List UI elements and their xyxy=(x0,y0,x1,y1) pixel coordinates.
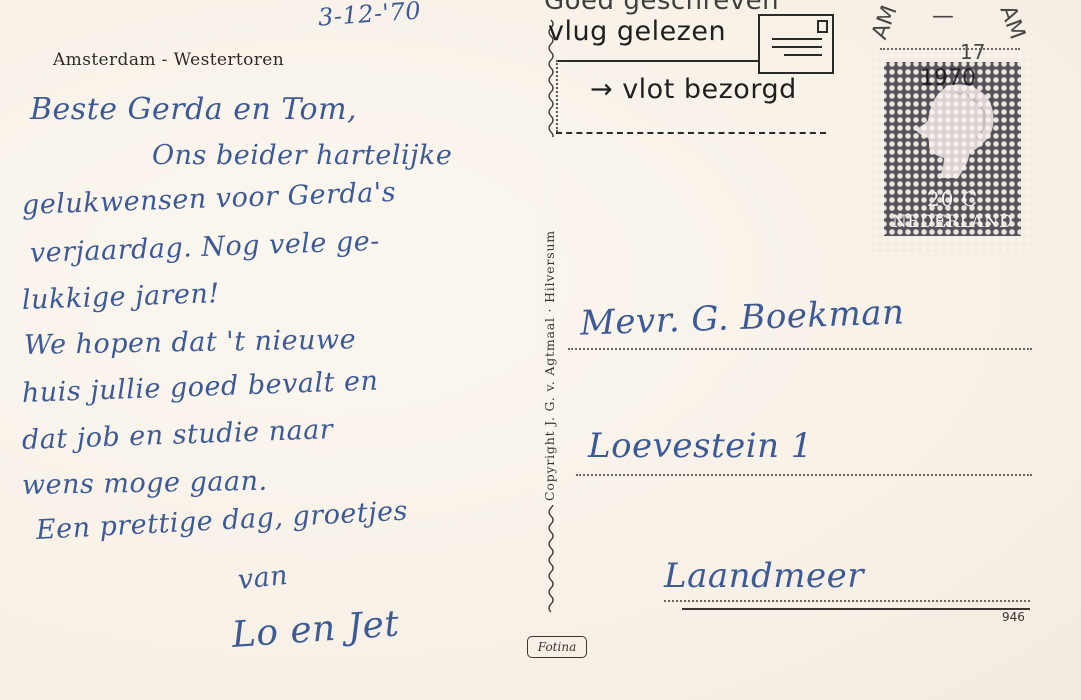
message-line: huis jullie goed bevalt en xyxy=(21,366,378,409)
stamp-face: 20 C NEDERLAND xyxy=(884,62,1021,236)
address-line-1-rule xyxy=(568,348,1032,350)
address-city: Laandmeer xyxy=(664,556,864,596)
slogan-postmark: Goed geschreven vlug gelezen → vlot bezo… xyxy=(544,0,844,140)
message-line: Ons beider hartelijke xyxy=(152,140,452,171)
address-underline xyxy=(682,608,1030,610)
message-line: verjaardag. Nog vele ge- xyxy=(29,226,380,269)
queen-portrait-icon xyxy=(910,80,1000,180)
message-line: Een prettige dag, groetjes xyxy=(35,496,408,546)
cancel-dash: — xyxy=(932,4,954,29)
postcard-caption: Amsterdam - Westertoren xyxy=(53,50,284,70)
message-line: dat job en studie naar xyxy=(21,414,333,456)
slogan-rule xyxy=(558,60,760,62)
message-closing: van xyxy=(236,560,289,596)
handwritten-date: 3-12-'70 xyxy=(317,0,422,32)
message-signature: Lo en Jet xyxy=(231,603,401,656)
postage-stamp: 20 C NEDERLAND xyxy=(872,52,1030,252)
message-line: gelukwensen voor Gerda's xyxy=(21,177,396,221)
message-greeting: Beste Gerda en Tom, xyxy=(30,92,357,127)
envelope-icon xyxy=(758,14,834,74)
stamp-country: NEDERLAND xyxy=(884,212,1021,232)
message-line: lukkige jaren! xyxy=(21,278,220,316)
message-line: wens moge gaan. xyxy=(22,466,268,501)
address-street: Loevestein 1 xyxy=(588,426,813,466)
address-line-2-rule xyxy=(576,474,1032,476)
cancel-city-left: AM xyxy=(867,2,902,43)
message-line: We hopen dat 't nieuwe xyxy=(24,324,357,361)
card-number: 946 xyxy=(1002,610,1025,624)
slogan-bracket xyxy=(556,60,568,132)
postcard-back: 3-12-'70 Amsterdam - Westertoren Beste G… xyxy=(0,0,1081,700)
slogan-line-1: vlug gelezen xyxy=(548,16,726,47)
slogan-top-text: Goed geschreven xyxy=(544,0,779,16)
cancel-city-right: AM xyxy=(994,2,1029,43)
publisher-brand-logo: Fotina xyxy=(527,636,587,658)
cancel-dotted-rule xyxy=(880,48,1020,50)
address-line-3-rule xyxy=(664,600,1030,602)
address-recipient: Mevr. G. Boekman xyxy=(579,292,905,343)
slogan-line-2: → vlot bezorgd xyxy=(590,74,797,105)
stamp-value: 20 C xyxy=(884,187,1021,211)
slogan-rule xyxy=(556,132,826,134)
publisher-copyright: Copyright J. G. v. Agtmaal · Hilversum xyxy=(542,137,557,505)
